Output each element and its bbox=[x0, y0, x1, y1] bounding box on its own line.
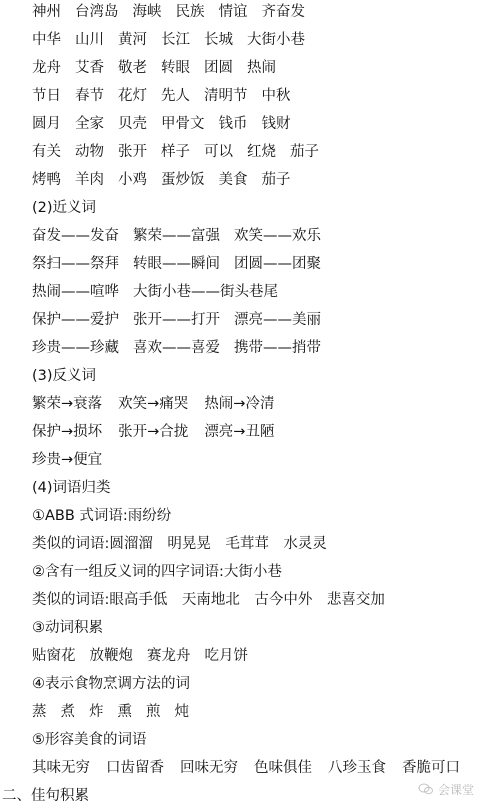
word: 可以 bbox=[204, 138, 233, 166]
food-title: ⑤形容美食的词语 bbox=[32, 726, 147, 754]
antonym-pair: 热闹→冷清 bbox=[204, 390, 274, 418]
verb-words: 贴窗花放鞭炮赛龙舟吃月饼 bbox=[32, 642, 262, 670]
word: 台湾岛 bbox=[75, 0, 119, 26]
synonym-pair: 喜欢——喜爱 bbox=[133, 334, 220, 362]
word: 放鞭炮 bbox=[90, 642, 134, 670]
word: 长城 bbox=[204, 26, 233, 54]
word: 黄河 bbox=[118, 26, 147, 54]
synonyms-heading: (2)近义词 bbox=[32, 194, 96, 222]
synonym-row: 热闹——喧哗大街小巷——街头巷尾 bbox=[32, 278, 292, 306]
wechat-icon bbox=[418, 783, 434, 795]
antonym-pair: 张开→合拢 bbox=[118, 418, 188, 446]
synonym-pair: 欢笑——欢乐 bbox=[234, 222, 321, 250]
word: 长江 bbox=[161, 26, 190, 54]
word: 清明节 bbox=[204, 82, 248, 110]
word: 熏 bbox=[118, 698, 133, 726]
word: 贝壳 bbox=[118, 110, 147, 138]
synonym-pair: 珍贵——珍藏 bbox=[32, 334, 119, 362]
word: 口齿留香 bbox=[106, 754, 164, 782]
word: 煮 bbox=[61, 698, 76, 726]
word: 煎 bbox=[146, 698, 161, 726]
synonym-pair: 祭扫——祭拜 bbox=[32, 250, 119, 278]
verb-title: ③动词积累 bbox=[32, 614, 103, 642]
synonym-pair: 漂亮——美丽 bbox=[234, 306, 321, 334]
antonym-row: 繁荣→衰落欢笑→痛哭热闹→冷清 bbox=[32, 390, 290, 418]
antonym-row: 珍贵→便宜 bbox=[32, 446, 116, 474]
synonym-row: 珍贵——珍藏喜欢——喜爱携带——捎带 bbox=[32, 334, 335, 362]
word: 钱币 bbox=[219, 110, 248, 138]
word: 敬老 bbox=[118, 54, 147, 82]
antonym-pair: 保护→损坏 bbox=[32, 418, 102, 446]
word: 茄子 bbox=[290, 138, 319, 166]
word: 圆月 bbox=[32, 110, 61, 138]
antonym-row: 保护→损坏张开→合拢漂亮→丑陋 bbox=[32, 418, 290, 446]
antonyms-heading: (3)反义词 bbox=[32, 362, 96, 390]
word: 蛋炒饭 bbox=[161, 166, 205, 194]
word: 甲骨文 bbox=[161, 110, 205, 138]
antonym-pair: 漂亮→丑陋 bbox=[204, 418, 274, 446]
vocab-row-5: 圆月全家贝壳甲骨文钱币钱财 bbox=[32, 110, 305, 138]
synonym-pair: 大街小巷——街头巷尾 bbox=[133, 278, 278, 306]
word: 民族 bbox=[176, 0, 205, 26]
word: 赛龙舟 bbox=[147, 642, 191, 670]
classification-heading: (4)词语归类 bbox=[32, 474, 111, 502]
antonym-idiom-similar: 类似的词语:眼高手低 天南地北 古今中外 悲喜交加 bbox=[32, 586, 385, 614]
synonym-pair: 热闹——喧哗 bbox=[32, 278, 119, 306]
word: 香脆可口 bbox=[402, 754, 460, 782]
synonym-pair: 繁荣——富强 bbox=[133, 222, 220, 250]
word: 贴窗花 bbox=[32, 642, 76, 670]
word: 龙舟 bbox=[32, 54, 61, 82]
word: 艾香 bbox=[75, 54, 104, 82]
synonym-pair: 保护——爱护 bbox=[32, 306, 119, 334]
word: 样子 bbox=[161, 138, 190, 166]
word: 大街小巷 bbox=[247, 26, 305, 54]
synonym-row: 奋发——发奋繁荣——富强欢笑——欢乐 bbox=[32, 222, 335, 250]
cooking-title: ④表示食物烹调方法的词 bbox=[32, 670, 190, 698]
synonym-pair: 携带——捎带 bbox=[234, 334, 321, 362]
next-section-heading: 二、佳句积累 bbox=[2, 782, 89, 809]
synonym-pair: 张开——打开 bbox=[133, 306, 220, 334]
vocab-row-1: 神州台湾岛海峡民族情谊齐奋发 bbox=[32, 0, 319, 26]
antonym-pair: 珍贵→便宜 bbox=[32, 446, 102, 474]
vocab-row-2: 中华山川黄河长江长城大街小巷 bbox=[32, 26, 319, 54]
word: 美食 bbox=[219, 166, 248, 194]
word: 烤鸭 bbox=[32, 166, 61, 194]
word: 春节 bbox=[75, 82, 104, 110]
abb-similar: 类似的词语:圆溜溜 明晃晃 毛茸茸 水灵灵 bbox=[32, 530, 327, 558]
word: 全家 bbox=[75, 110, 104, 138]
word: 茄子 bbox=[262, 166, 291, 194]
food-words: 其味无穷口齿留香回味无穷色味俱佳八珍玉食香脆可口 bbox=[32, 754, 476, 782]
synonym-pair: 团圆——团聚 bbox=[234, 250, 321, 278]
word: 炖 bbox=[175, 698, 190, 726]
word: 转眼 bbox=[161, 54, 190, 82]
word: 团圆 bbox=[204, 54, 233, 82]
antonym-pair: 繁荣→衰落 bbox=[32, 390, 102, 418]
word: 其味无穷 bbox=[32, 754, 90, 782]
synonym-row: 保护——爱护张开——打开漂亮——美丽 bbox=[32, 306, 335, 334]
word: 小鸡 bbox=[118, 166, 147, 194]
word: 色味俱佳 bbox=[254, 754, 312, 782]
word: 情谊 bbox=[219, 0, 248, 26]
synonym-row: 祭扫——祭拜转眼——瞬间团圆——团聚 bbox=[32, 250, 335, 278]
word: 神州 bbox=[32, 0, 61, 26]
word: 钱财 bbox=[262, 110, 291, 138]
word: 蒸 bbox=[32, 698, 47, 726]
synonym-pair: 奋发——发奋 bbox=[32, 222, 119, 250]
antonym-pair: 欢笑→痛哭 bbox=[118, 390, 188, 418]
word: 中华 bbox=[32, 26, 61, 54]
abb-title: ①ABB 式词语:雨纷纷 bbox=[32, 502, 171, 530]
word: 羊肉 bbox=[75, 166, 104, 194]
word: 节日 bbox=[32, 82, 61, 110]
cooking-words: 蒸煮炸熏煎炖 bbox=[32, 698, 203, 726]
synonym-pair: 转眼——瞬间 bbox=[133, 250, 220, 278]
vocab-row-4: 节日春节花灯先人清明节中秋 bbox=[32, 82, 305, 110]
word: 海峡 bbox=[133, 0, 162, 26]
word: 回味无穷 bbox=[180, 754, 238, 782]
word: 花灯 bbox=[118, 82, 147, 110]
vocab-row-7: 烤鸭羊肉小鸡蛋炒饭美食茄子 bbox=[32, 166, 305, 194]
word: 张开 bbox=[118, 138, 147, 166]
word: 红烧 bbox=[247, 138, 276, 166]
word: 吃月饼 bbox=[205, 642, 249, 670]
word: 山川 bbox=[75, 26, 104, 54]
vocab-row-3: 龙舟艾香敬老转眼团圆热闹 bbox=[32, 54, 290, 82]
word: 热闹 bbox=[247, 54, 276, 82]
watermark: 会课堂 bbox=[418, 779, 474, 799]
word: 八珍玉食 bbox=[328, 754, 386, 782]
word: 炸 bbox=[89, 698, 104, 726]
word: 中秋 bbox=[262, 82, 291, 110]
vocab-row-6: 有关动物张开样子可以红烧茄子 bbox=[32, 138, 333, 166]
antonym-idiom-title: ②含有一组反义词的四字词语:大街小巷 bbox=[32, 558, 282, 586]
word: 动物 bbox=[75, 138, 104, 166]
word: 有关 bbox=[32, 138, 61, 166]
word: 齐奋发 bbox=[262, 0, 306, 26]
word: 先人 bbox=[161, 82, 190, 110]
watermark-text: 会课堂 bbox=[438, 781, 474, 798]
